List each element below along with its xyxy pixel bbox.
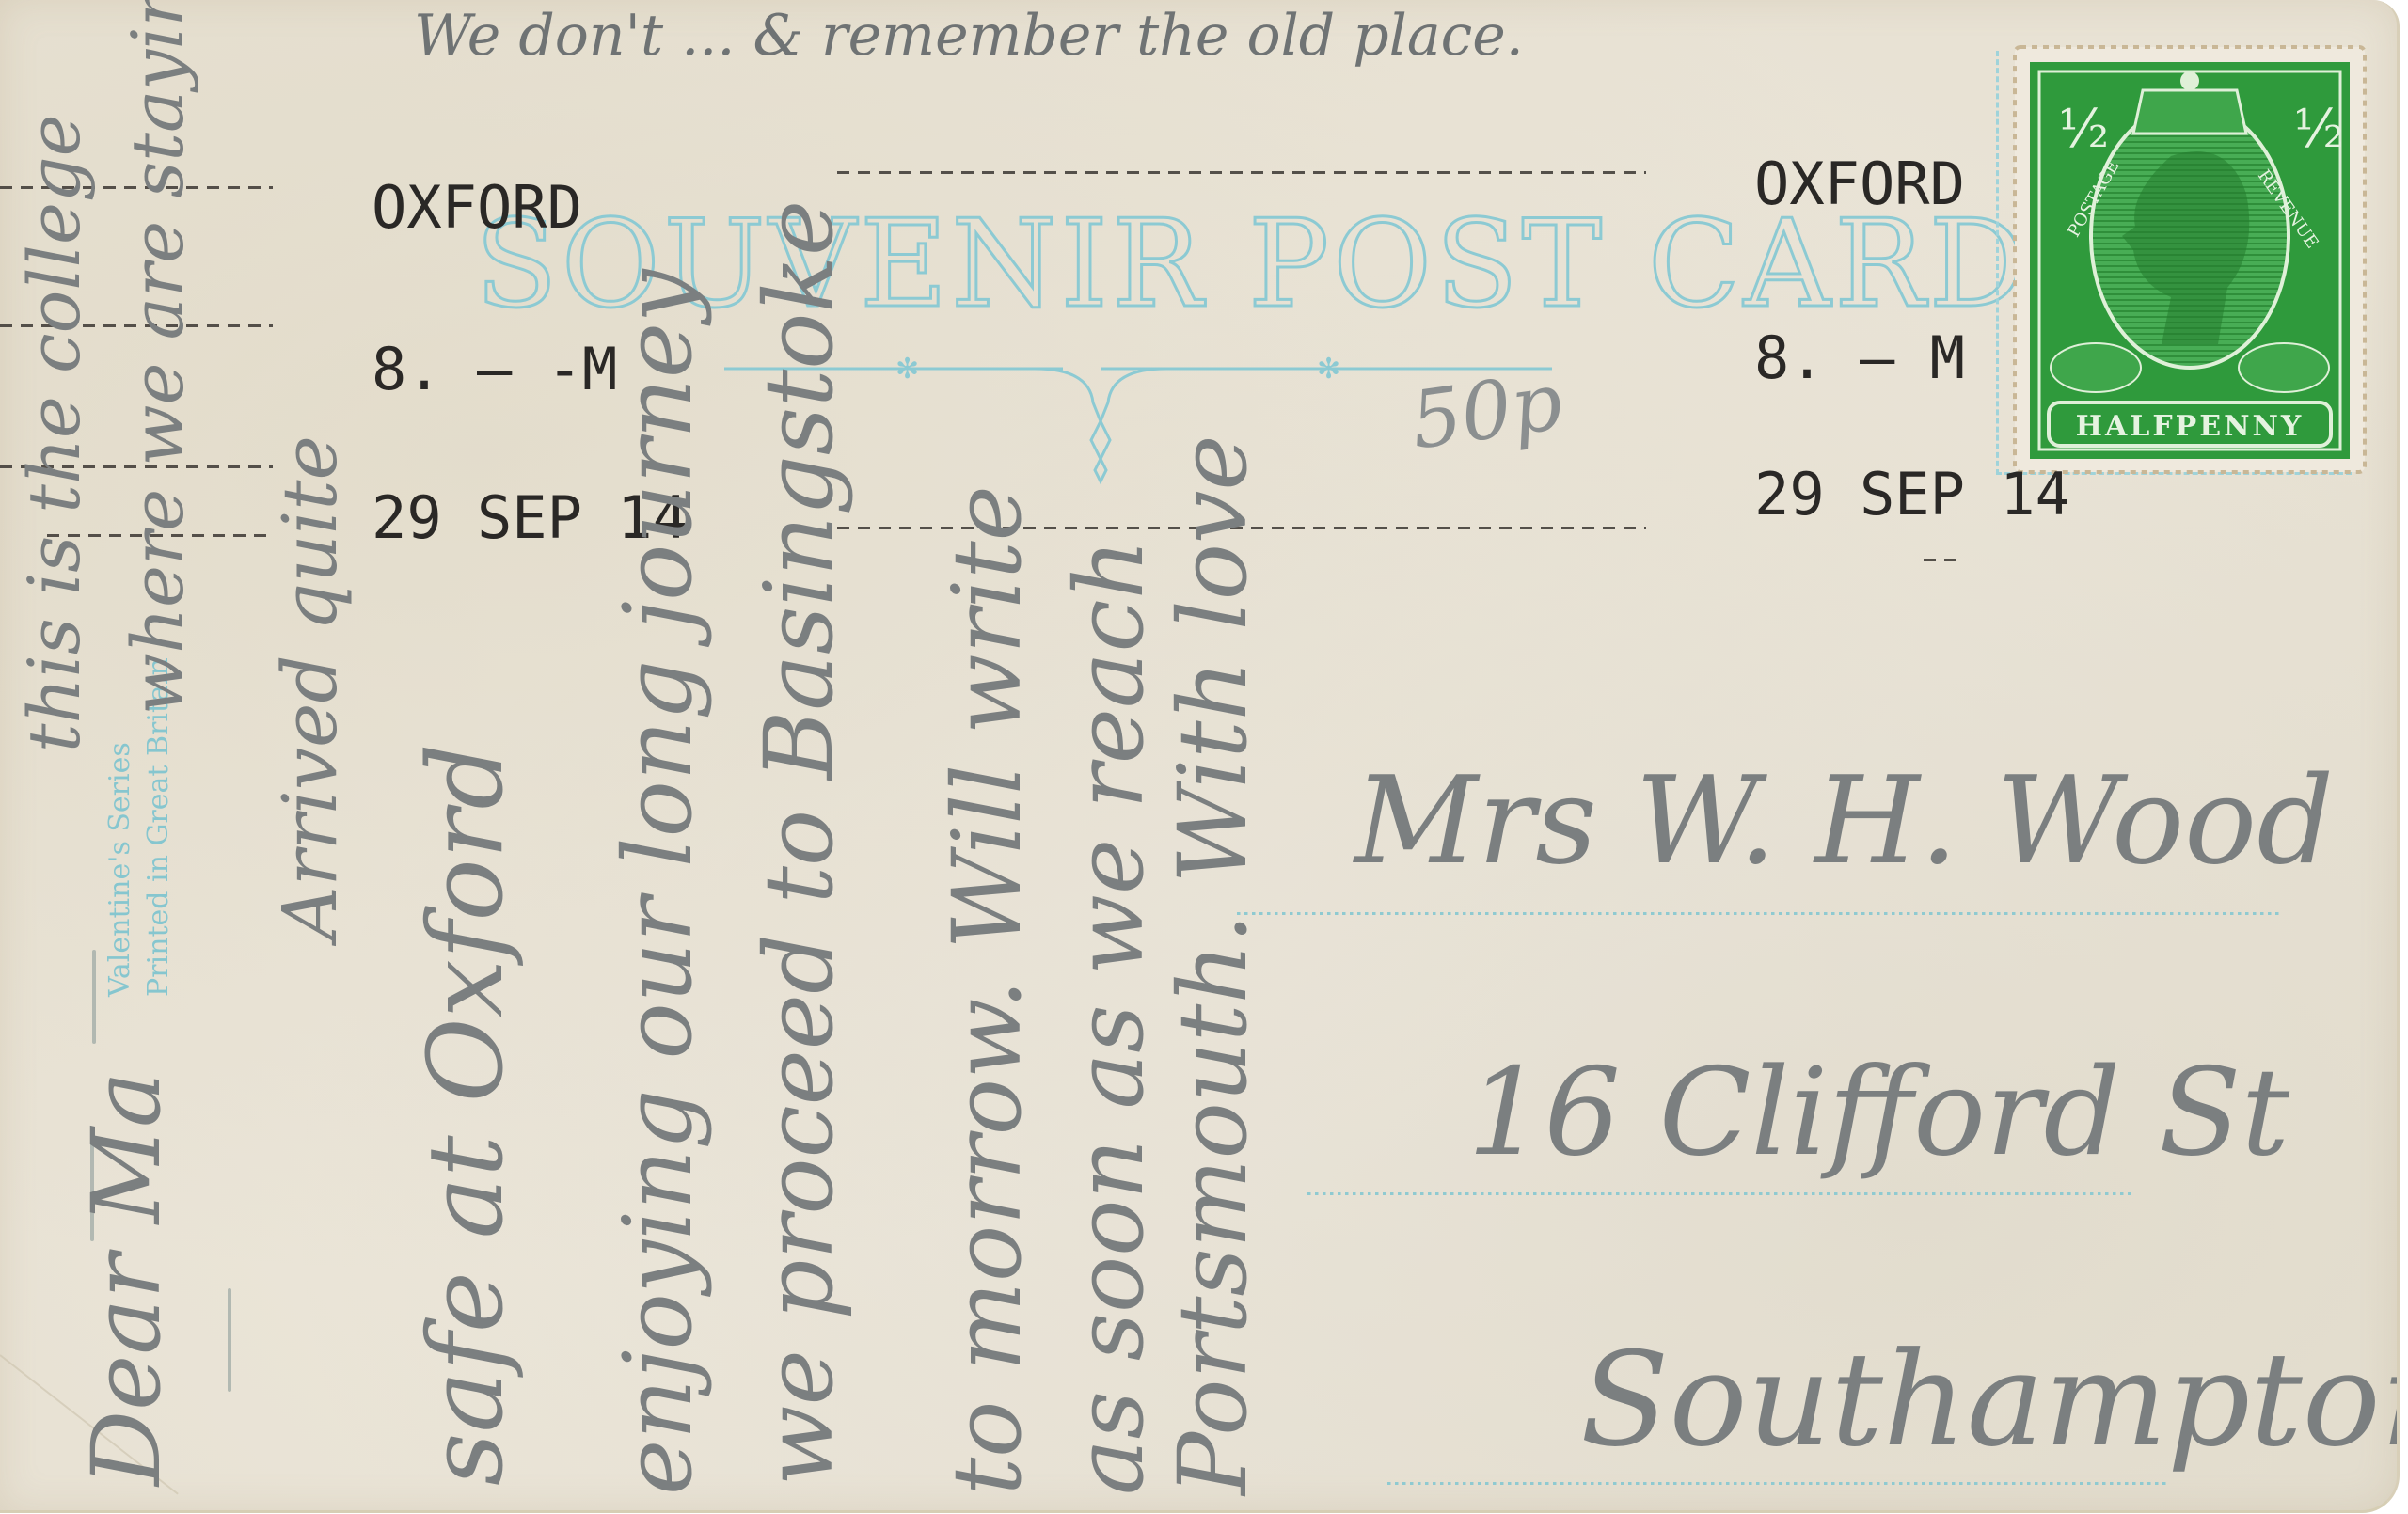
address-line-2 — [1307, 1192, 2135, 1195]
svg-text:✻: ✻ — [1317, 355, 1340, 386]
address-line-1 — [1237, 912, 2281, 915]
postmark-date: 29 SEP 14 — [1754, 465, 2070, 524]
message-column: enjoying our long journey — [611, 269, 705, 1495]
message-column: Dear Ma — [80, 1071, 174, 1486]
stamp-value-text: HALFPENNY — [2076, 410, 2305, 443]
message-column: where we are staying (Wadham) — [122, 0, 194, 715]
address-line-3 — [1387, 1482, 2168, 1485]
postmark-time: 8. — M — [1754, 329, 1965, 387]
top-handwritten-note: We don't ... & remember the old place. — [414, 8, 1524, 64]
address-street: 16 Clifford St — [1467, 1053, 2289, 1174]
postmark-time: 8. — -M — [372, 340, 617, 399]
price-note: 50p — [1406, 361, 1567, 461]
message-column: to morrow. Will write — [941, 485, 1035, 1495]
postcard: We don't ... & remember the old place. S… — [0, 0, 2400, 1513]
stamp-denomination-right: ½ — [2293, 99, 2344, 160]
halfpenny-stamp: ½ ½ POSTAGE REVENUE HALFPENNY — [2011, 43, 2368, 476]
stamp-denomination-left: ½ — [2058, 99, 2109, 160]
postmark-town: OXFORD — [372, 179, 582, 237]
message-column: as soon as we reach — [1063, 539, 1157, 1495]
message-column: this is the college — [19, 114, 90, 752]
pencil-margin-mark — [92, 950, 96, 1044]
pencil-margin-mark — [228, 1288, 231, 1392]
svg-text:✻: ✻ — [895, 355, 919, 386]
address-city: Southampton — [1580, 1335, 2400, 1465]
message-column: Portsmouth. With love — [1166, 434, 1260, 1495]
message-column: we proceed to Basingstoke — [752, 200, 847, 1486]
message-column: Arrived quite — [273, 435, 348, 940]
address-name: Mrs W. H. Wood — [1354, 762, 2334, 882]
message-column: safe at Oxford — [414, 743, 517, 1486]
postmark-town: OXFORD — [1754, 155, 1965, 213]
